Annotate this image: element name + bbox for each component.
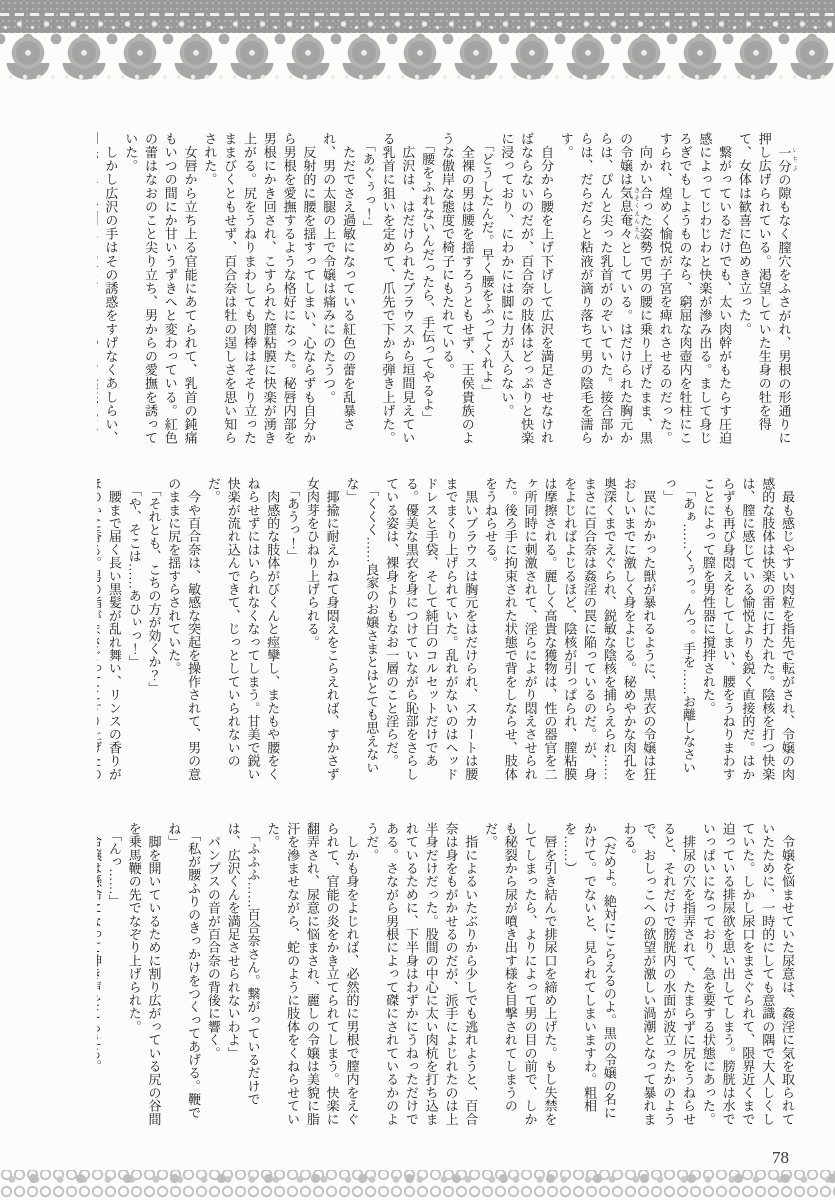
paragraph: パンプスの音が百合奈の背後に響く。	[203, 822, 223, 1132]
text-band-1: 一分いちぶの隙もなく膣穴をふさがれ、男根の形通りに押し広げられている。渇望してい…	[97, 132, 797, 458]
paragraph: 「それとも、こちの方が効くか？」	[144, 477, 164, 787]
paragraph: 一分いちぶの隙もなく膣穴をふさがれ、男根の形通りに押し広げられている。渇望してい…	[734, 132, 797, 458]
paragraph: 「私が腰ふりのきっかけをつくってあげる。鞭でね」	[164, 822, 204, 1132]
paragraph: 最も感じやすい肉粒を指先で転がされ、令嬢の肉感的な肢体は快楽の雷に打たれた。陰核…	[698, 477, 797, 787]
paragraph: 脚を開いているために割り広がっている尻の谷間を乗馬鞭の先でなぞり上げられた。	[124, 822, 164, 1132]
paragraph: 「腰をふれないんだったら、手伝ってやるよ」	[417, 132, 437, 458]
ruby-annotated-word: 一分いちぶ	[777, 146, 792, 173]
paragraph: 今や百合奈は、敏感な突起を操作されて、男の意のままに尻を揺すらされていた。	[164, 477, 204, 787]
paragraph: 肉感的な肢体がびくんと痙攣し、またもや腰をくねらせずにはいられなくなってしまう。…	[203, 477, 282, 787]
paragraph: 黒いブラウスは胸元をはだけられ、スカートは腰までまくり上げられていた。乱れがない…	[381, 477, 480, 787]
paragraph: 「ふふふ……百合奈さん。繋がっているだけでは、広沢くんを満足させられないわよ」	[223, 822, 263, 1132]
paragraph: ただでさえ過敏になっている紅色の蕾を乱暴され、男の太腿の上で令嬢は痛みにのたうつ…	[318, 132, 358, 458]
page-number: 78	[772, 1148, 789, 1168]
lace-bottom-border	[0, 1170, 835, 1200]
paragraph: 全裸の男は腰を揺すろうともせず、王侯貴族のような傲岸な態度で椅子にもたれている。	[437, 132, 477, 458]
text-band-2: 最も感じやすい肉粒を指先で転がされ、令嬢の肉感的な肢体は快楽の雷に打たれた。陰核…	[97, 477, 797, 787]
paragraph: 腰まで届く長い黒髪が乱れ舞い、リンスの香りがほのかに香る。男の指がまさぐってこす…	[97, 477, 124, 787]
text-band-3: 令嬢を悩ませていた尿意は、姦淫に気を取られていたために、一時的にしても意識の隅で…	[97, 822, 797, 1132]
book-page: 一分いちぶの隙もなく膣穴をふさがれ、男根の形通りに押し広げられている。渇望してい…	[0, 0, 835, 1200]
paragraph: 「あぐぅっ！」	[358, 132, 378, 458]
lace-top-solid-band	[0, 0, 835, 33]
paragraph: 反射的に腰を揺すってしまい、心ならずも自分から男根を愛撫するような格好になった。…	[200, 132, 319, 458]
paragraph: しかも身をよじれば、必然的に男根で膣内をえぐられて、官能の炎をかき立てられてしま…	[262, 822, 361, 1132]
paragraph: 自分から腰を上げ下げして広沢を満足させなければならないのだが、百合奈の肢体はどっ…	[497, 132, 556, 458]
paragraph: 罠にかかった獣が暴れるように、黒衣の令嬢は狂おしいまでに激しく身をよじる。秘めや…	[480, 477, 658, 787]
paragraph: 女唇から立ち上る官能にあてられて、乳首の鈍痛もいつの間にか甘いうずきへと変わって…	[120, 132, 199, 458]
paragraph: 「あぁ……くぅっ。んっ。手を……お離しなさいっ」	[658, 477, 698, 787]
paragraph: 繋がっているだけでも、太い肉幹がもたらす圧迫感によってじわじわと快楽が滲み出る。…	[655, 132, 734, 458]
paragraph: 「や、そこは……あひぃっ！」	[124, 477, 144, 787]
paragraph: 向かい合った姿勢で男の腰に乗り上げたまま、黒の令嬢は気息奄々きそくえんえんとして…	[556, 132, 655, 458]
paragraph: 唇を引き結んで排尿口を締め上げた。もし失禁をしてしまったら、よりによって男の目の…	[480, 822, 559, 1132]
paragraph: 「あうっ！」	[282, 477, 302, 787]
lace-top-scallop-edge	[0, 33, 835, 97]
ruby-annotated-word: 気息奄々きそくえんえん	[618, 186, 633, 240]
paragraph: 令嬢を悩ませていた尿意は、姦淫に気を取られていたために、一時的にしても意識の隅で…	[698, 822, 797, 1132]
lace-top-border	[0, 0, 835, 100]
paragraph: しかし広沢の手はその誘惑をすげなくあしらい、剃毛された股間へと這い下りていった。…	[97, 132, 120, 458]
paragraph: 「どうしたんだ。早く腰をふってくれよ」	[477, 132, 497, 458]
paragraph: 排尿の穴を指弄されて、たまらずに尻をうねらせると、それだけで膀胱内の水面が波立っ…	[619, 822, 698, 1132]
paragraph: 揶揄に耐えかねて身悶えをこらえれば、すかさず女肉芽をひねり上げられる。	[302, 477, 342, 787]
paragraph: （だめよ。絶対にこらえるのよ。黒の令嬢の名にかけて。でないと、見られてしまいます…	[559, 822, 618, 1132]
paragraph: 「んっ……」	[104, 822, 124, 1132]
paragraph: 指によるいたぶりから少しでも逃れようと、百合奈は身をもがかせるのだが、派手によじ…	[361, 822, 480, 1132]
paragraph: 令嬢は懸命になって呻き声をこらえる。	[97, 822, 104, 1132]
paragraph: 「くくく……良家のお嬢さまとはとても思えないな」	[342, 477, 382, 787]
paragraph: 広沢は、はだけられたブラウスから垣間見えている乳首に狙いを定めて、爪先で下から弾…	[378, 132, 418, 458]
